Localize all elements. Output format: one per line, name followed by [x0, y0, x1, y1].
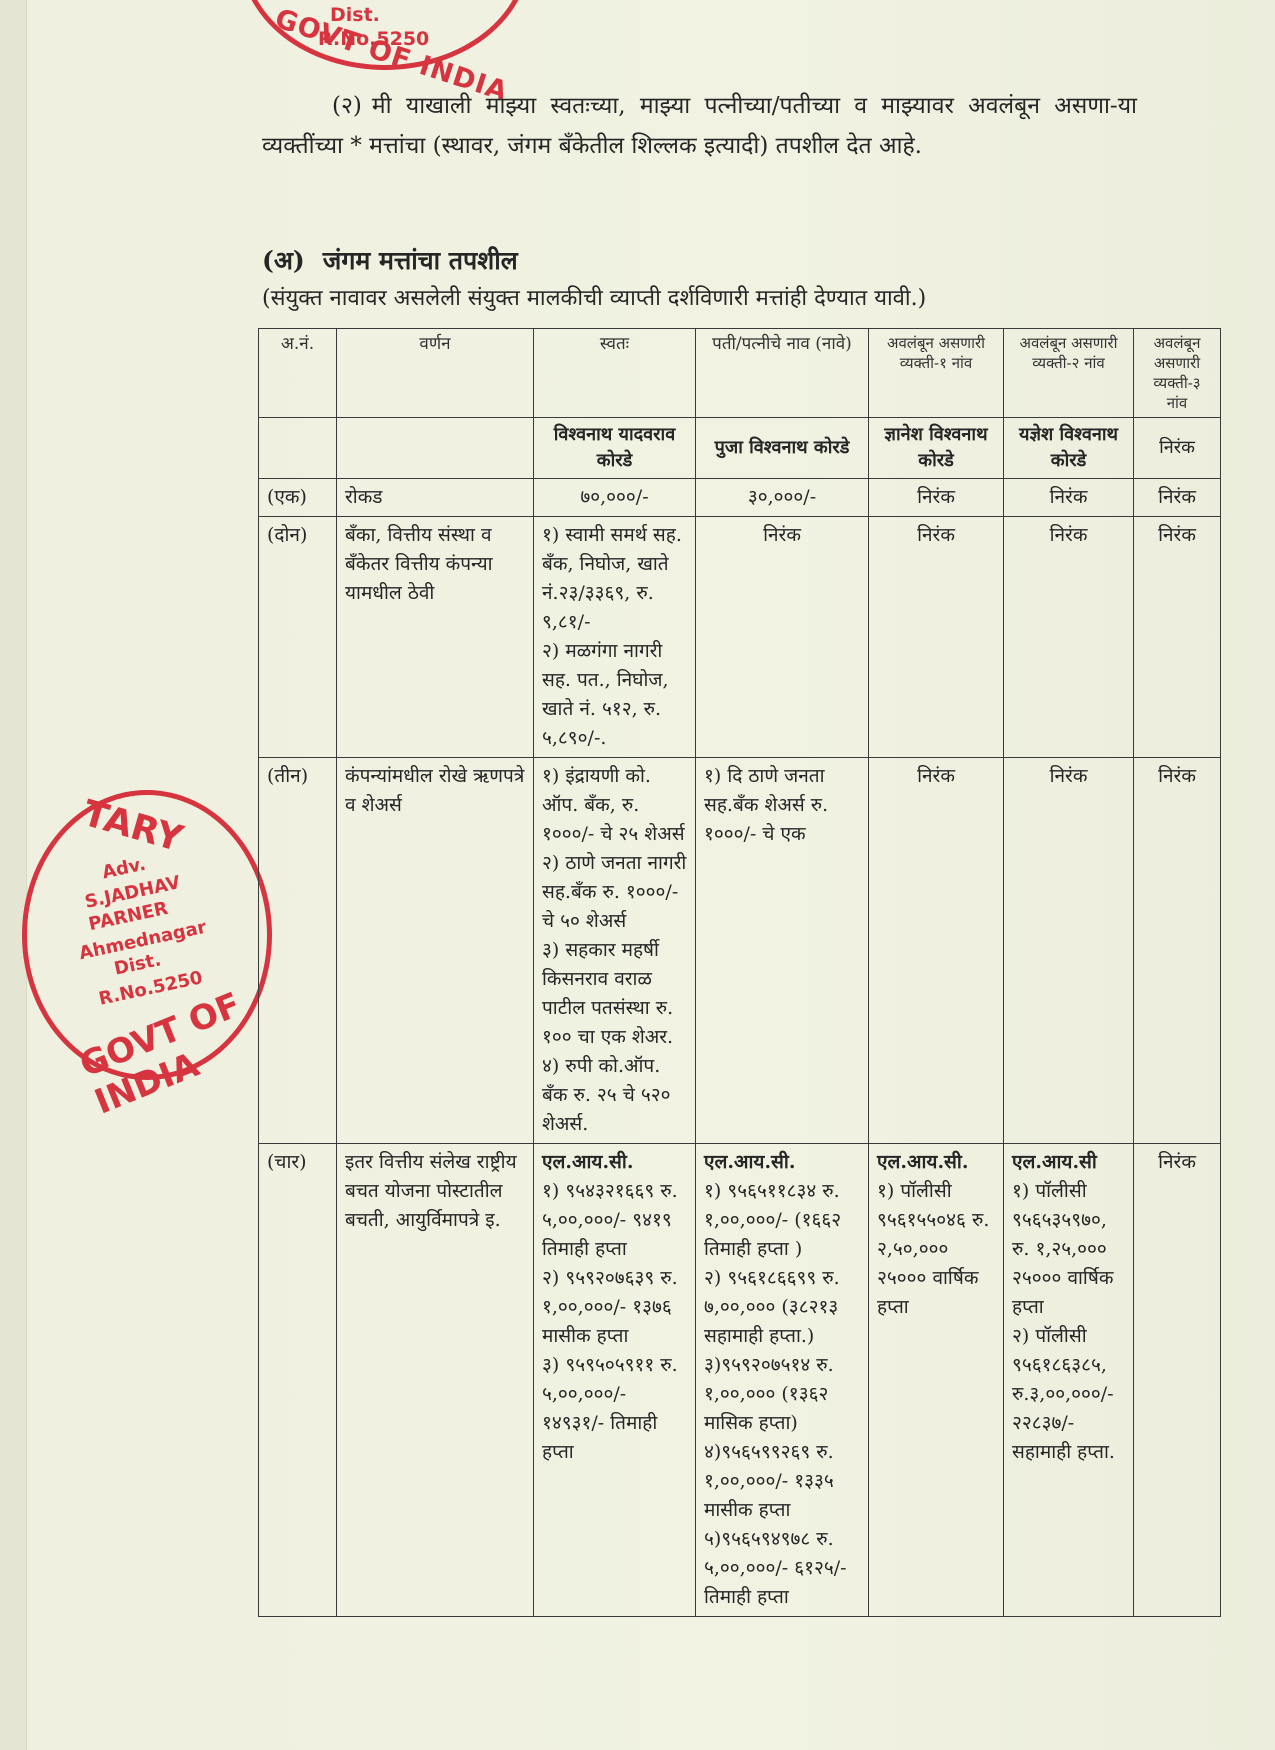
- cell-entry: १) इंद्रायणी को. ऑप. बँक, रु. १०००/- चे …: [542, 762, 687, 849]
- cell-self: ७०,०००/-: [534, 479, 696, 517]
- row-description: रोकड: [337, 479, 534, 517]
- movable-assets-table: अ.नं. वर्णन स्वतः पती/पत्नीचे नाव (नावे)…: [258, 328, 1221, 1617]
- cell-entry: ३)९५९२०७५१४ रु. १,००,००० (१३६२ मासिक हप्…: [704, 1351, 860, 1438]
- table-row: (तीन)कंपन्यांमधील रोखे ऋणपत्रे व शेअर्स१…: [259, 758, 1221, 1144]
- nil-value: निरंक: [877, 762, 995, 791]
- section-heading: (अ)जंगम मत्तांचा तपशील: [262, 243, 518, 277]
- row-number: (दोन): [259, 517, 337, 758]
- cell-dep3: निरंक: [1134, 479, 1221, 517]
- col-header-self: स्वतः: [534, 329, 696, 418]
- cell-entry: १) ९५४३२१६६९ रु. ५,००,०००/- ९४१९ तिमाही …: [542, 1177, 687, 1264]
- cell-dep3: निरंक: [1134, 517, 1221, 758]
- cell-dep2: निरंक: [1004, 479, 1134, 517]
- nil-value: निरंक: [877, 483, 995, 512]
- nil-value: निरंक: [1012, 483, 1125, 512]
- cell-dep1: निरंक: [869, 758, 1004, 1144]
- nil-value: निरंक: [1142, 521, 1212, 550]
- cell-self: १) इंद्रायणी को. ऑप. बँक, रु. १०००/- चे …: [534, 758, 696, 1144]
- nil-value: निरंक: [1012, 521, 1125, 550]
- cell-entry: ७०,०००/-: [542, 483, 687, 512]
- col-header-dependent-3: अवलंबून असणारी व्यक्ती-३ नांव: [1134, 329, 1221, 418]
- col-header-spouse: पती/पत्नीचे नाव (नावे): [696, 329, 869, 418]
- lic-title: एल.आय.सी.: [877, 1148, 995, 1177]
- cell-entry: ४)९५६५९९२६९ रु. १,००,०००/- १३३५ मासीक हप…: [704, 1438, 860, 1525]
- cell-dep3: निरंक: [1134, 1144, 1221, 1617]
- intro-text: मी याखाली माझ्या स्वतःच्या, माझ्या पत्नी…: [262, 93, 1137, 159]
- section-note: (संयुक्त नावावर असलेली संयुक्त मालकीची व…: [262, 282, 926, 312]
- nil-value: निरंक: [704, 521, 860, 550]
- cell-dep3: निरंक: [1134, 758, 1221, 1144]
- lic-title: एल.आय.सी: [1012, 1148, 1125, 1177]
- empty-cell: [337, 418, 534, 479]
- nil-value: निरंक: [877, 521, 995, 550]
- lic-title: एल.आय.सी.: [704, 1148, 860, 1177]
- cell-self: एल.आय.सी.१) ९५४३२१६६९ रु. ५,००,०००/- ९४१…: [534, 1144, 696, 1617]
- cell-entry: १) स्वामी समर्थ सह. बँक, निघोज, खाते नं.…: [542, 521, 687, 637]
- cell-entry: ४) रुपी को.ऑप. बँक रु. २५ चे ५२० शेअर्स.: [542, 1052, 687, 1139]
- cell-spouse: १) दि ठाणे जनता सह.बँक शेअर्स रु. १०००/-…: [696, 758, 869, 1144]
- lic-title: एल.आय.सी.: [542, 1148, 687, 1177]
- table-row: (एक)रोकड७०,०००/-३०,०००/-निरंकनिरंकनिरंक: [259, 479, 1221, 517]
- name-self: विश्वनाथ यादवराव कोरडे: [534, 418, 696, 479]
- cell-dep2: निरंक: [1004, 517, 1134, 758]
- nil-value: निरंक: [1012, 762, 1125, 791]
- name-spouse: पुजा विश्वनाथ कोरडे: [696, 418, 869, 479]
- cell-spouse: एल.आय.सी.१) ९५६५११८३४ रु. १,००,०००/- (१६…: [696, 1144, 869, 1617]
- name-dependent-1: ज्ञानेश विश्वनाथ कोरडे: [869, 418, 1004, 479]
- cell-dep1: एल.आय.सी.१) पॉलीसी ९५६१५५०४६ रु. २,५०,००…: [869, 1144, 1004, 1617]
- cell-entry: २) ९५६१८६६९९ रु. ७,००,००० (३८२१३ सहामाही…: [704, 1264, 860, 1351]
- row-description: बँका, वित्तीय संस्था व बँकेतर वित्तीय कं…: [337, 517, 534, 758]
- cell-entry: १) पॉलीसी ९५६१५५०४६ रु. २,५०,००० २५००० व…: [877, 1177, 995, 1322]
- cell-entry: २) पॉलीसी ९५६१८६३८५, रु.३,००,०००/- २२८३७…: [1012, 1322, 1125, 1467]
- col-header-description: वर्णन: [337, 329, 534, 418]
- cell-entry: २) ९५९२०७६३९ रु. १,००,०००/- १३७६ मासीक ह…: [542, 1264, 687, 1351]
- cell-entry: ३) सहकार महर्षी किसनराव वराळ पाटील पतसंस…: [542, 936, 687, 1052]
- cell-dep2: निरंक: [1004, 758, 1134, 1144]
- cell-self: १) स्वामी समर्थ सह. बँक, निघोज, खाते नं.…: [534, 517, 696, 758]
- cell-entry: १) ९५६५११८३४ रु. १,००,०००/- (१६६२ तिमाही…: [704, 1177, 860, 1264]
- col-header-dependent-1: अवलंबून असणारी व्यक्ती-१ नांव: [869, 329, 1004, 418]
- notary-stamp-top: Dist. R.No.5250 GOVT OF INDIA: [240, 0, 540, 100]
- row-description: इतर वित्तीय संलेख राष्ट्रीय बचत योजना पो…: [337, 1144, 534, 1617]
- cell-entry: २) ठाणे जनता नागरी सह.बँक रु. १०००/- चे …: [542, 849, 687, 936]
- table-body: (एक)रोकड७०,०००/-३०,०००/-निरंकनिरंकनिरंक(…: [259, 479, 1221, 1617]
- nil-value: निरंक: [1142, 1148, 1212, 1177]
- intro-paragraph: (२)मी याखाली माझ्या स्वतःच्या, माझ्या पत…: [262, 86, 1137, 166]
- cell-entry: ३०,०००/-: [704, 483, 860, 512]
- empty-cell: [259, 418, 337, 479]
- cell-spouse: ३०,०००/-: [696, 479, 869, 517]
- table-row: (चार)इतर वित्तीय संलेख राष्ट्रीय बचत योज…: [259, 1144, 1221, 1617]
- cell-spouse: निरंक: [696, 517, 869, 758]
- notary-stamp-left: TARY Adv. S.JADHAV PARNER Ahmednagar Dis…: [62, 790, 282, 1080]
- nil-value: निरंक: [1142, 483, 1212, 512]
- cell-entry: १) दि ठाणे जनता सह.बँक शेअर्स रु. १०००/-…: [704, 762, 860, 849]
- header-row: अ.नं. वर्णन स्वतः पती/पत्नीचे नाव (नावे)…: [259, 329, 1221, 418]
- names-row: विश्वनाथ यादवराव कोरडे पुजा विश्वनाथ कोर…: [259, 418, 1221, 479]
- row-number: (चार): [259, 1144, 337, 1617]
- cell-entry: ३) ९५९५०५९११ रु. ५,००,०००/- १४९३१/- तिमा…: [542, 1351, 687, 1467]
- section-title: जंगम मत्तांचा तपशील: [323, 246, 518, 275]
- cell-entry: १) पॉलीसी ९५६५३५९७०, रु. १,२५,००० २५००० …: [1012, 1177, 1125, 1322]
- document-page: Dist. R.No.5250 GOVT OF INDIA TARY Adv. …: [0, 0, 1275, 1750]
- table-row: (दोन)बँका, वित्तीय संस्था व बँकेतर वित्त…: [259, 517, 1221, 758]
- col-header-sr: अ.नं.: [259, 329, 337, 418]
- col-header-dependent-2: अवलंबून असणारी व्यक्ती-२ नांव: [1004, 329, 1134, 418]
- cell-dep1: निरंक: [869, 517, 1004, 758]
- cell-dep1: निरंक: [869, 479, 1004, 517]
- row-number: (तीन): [259, 758, 337, 1144]
- row-description: कंपन्यांमधील रोखे ऋणपत्रे व शेअर्स: [337, 758, 534, 1144]
- cell-dep2: एल.आय.सी१) पॉलीसी ९५६५३५९७०, रु. १,२५,००…: [1004, 1144, 1134, 1617]
- intro-number: (२): [332, 93, 362, 119]
- nil-value: निरंक: [1142, 762, 1212, 791]
- page-edge: [0, 0, 27, 1750]
- row-number: (एक): [259, 479, 337, 517]
- section-number: (अ): [262, 246, 305, 275]
- name-dependent-2: यज्ञेश विश्वनाथ कोरडे: [1004, 418, 1134, 479]
- cell-entry: २) मळगंगा नागरी सह. पत., निघोज, खाते नं.…: [542, 637, 687, 753]
- cell-entry: ५)९५६५९४९७८ रु. ५,००,०००/- ६१२५/-तिमाही …: [704, 1525, 860, 1612]
- name-dependent-3: निरंक: [1134, 418, 1221, 479]
